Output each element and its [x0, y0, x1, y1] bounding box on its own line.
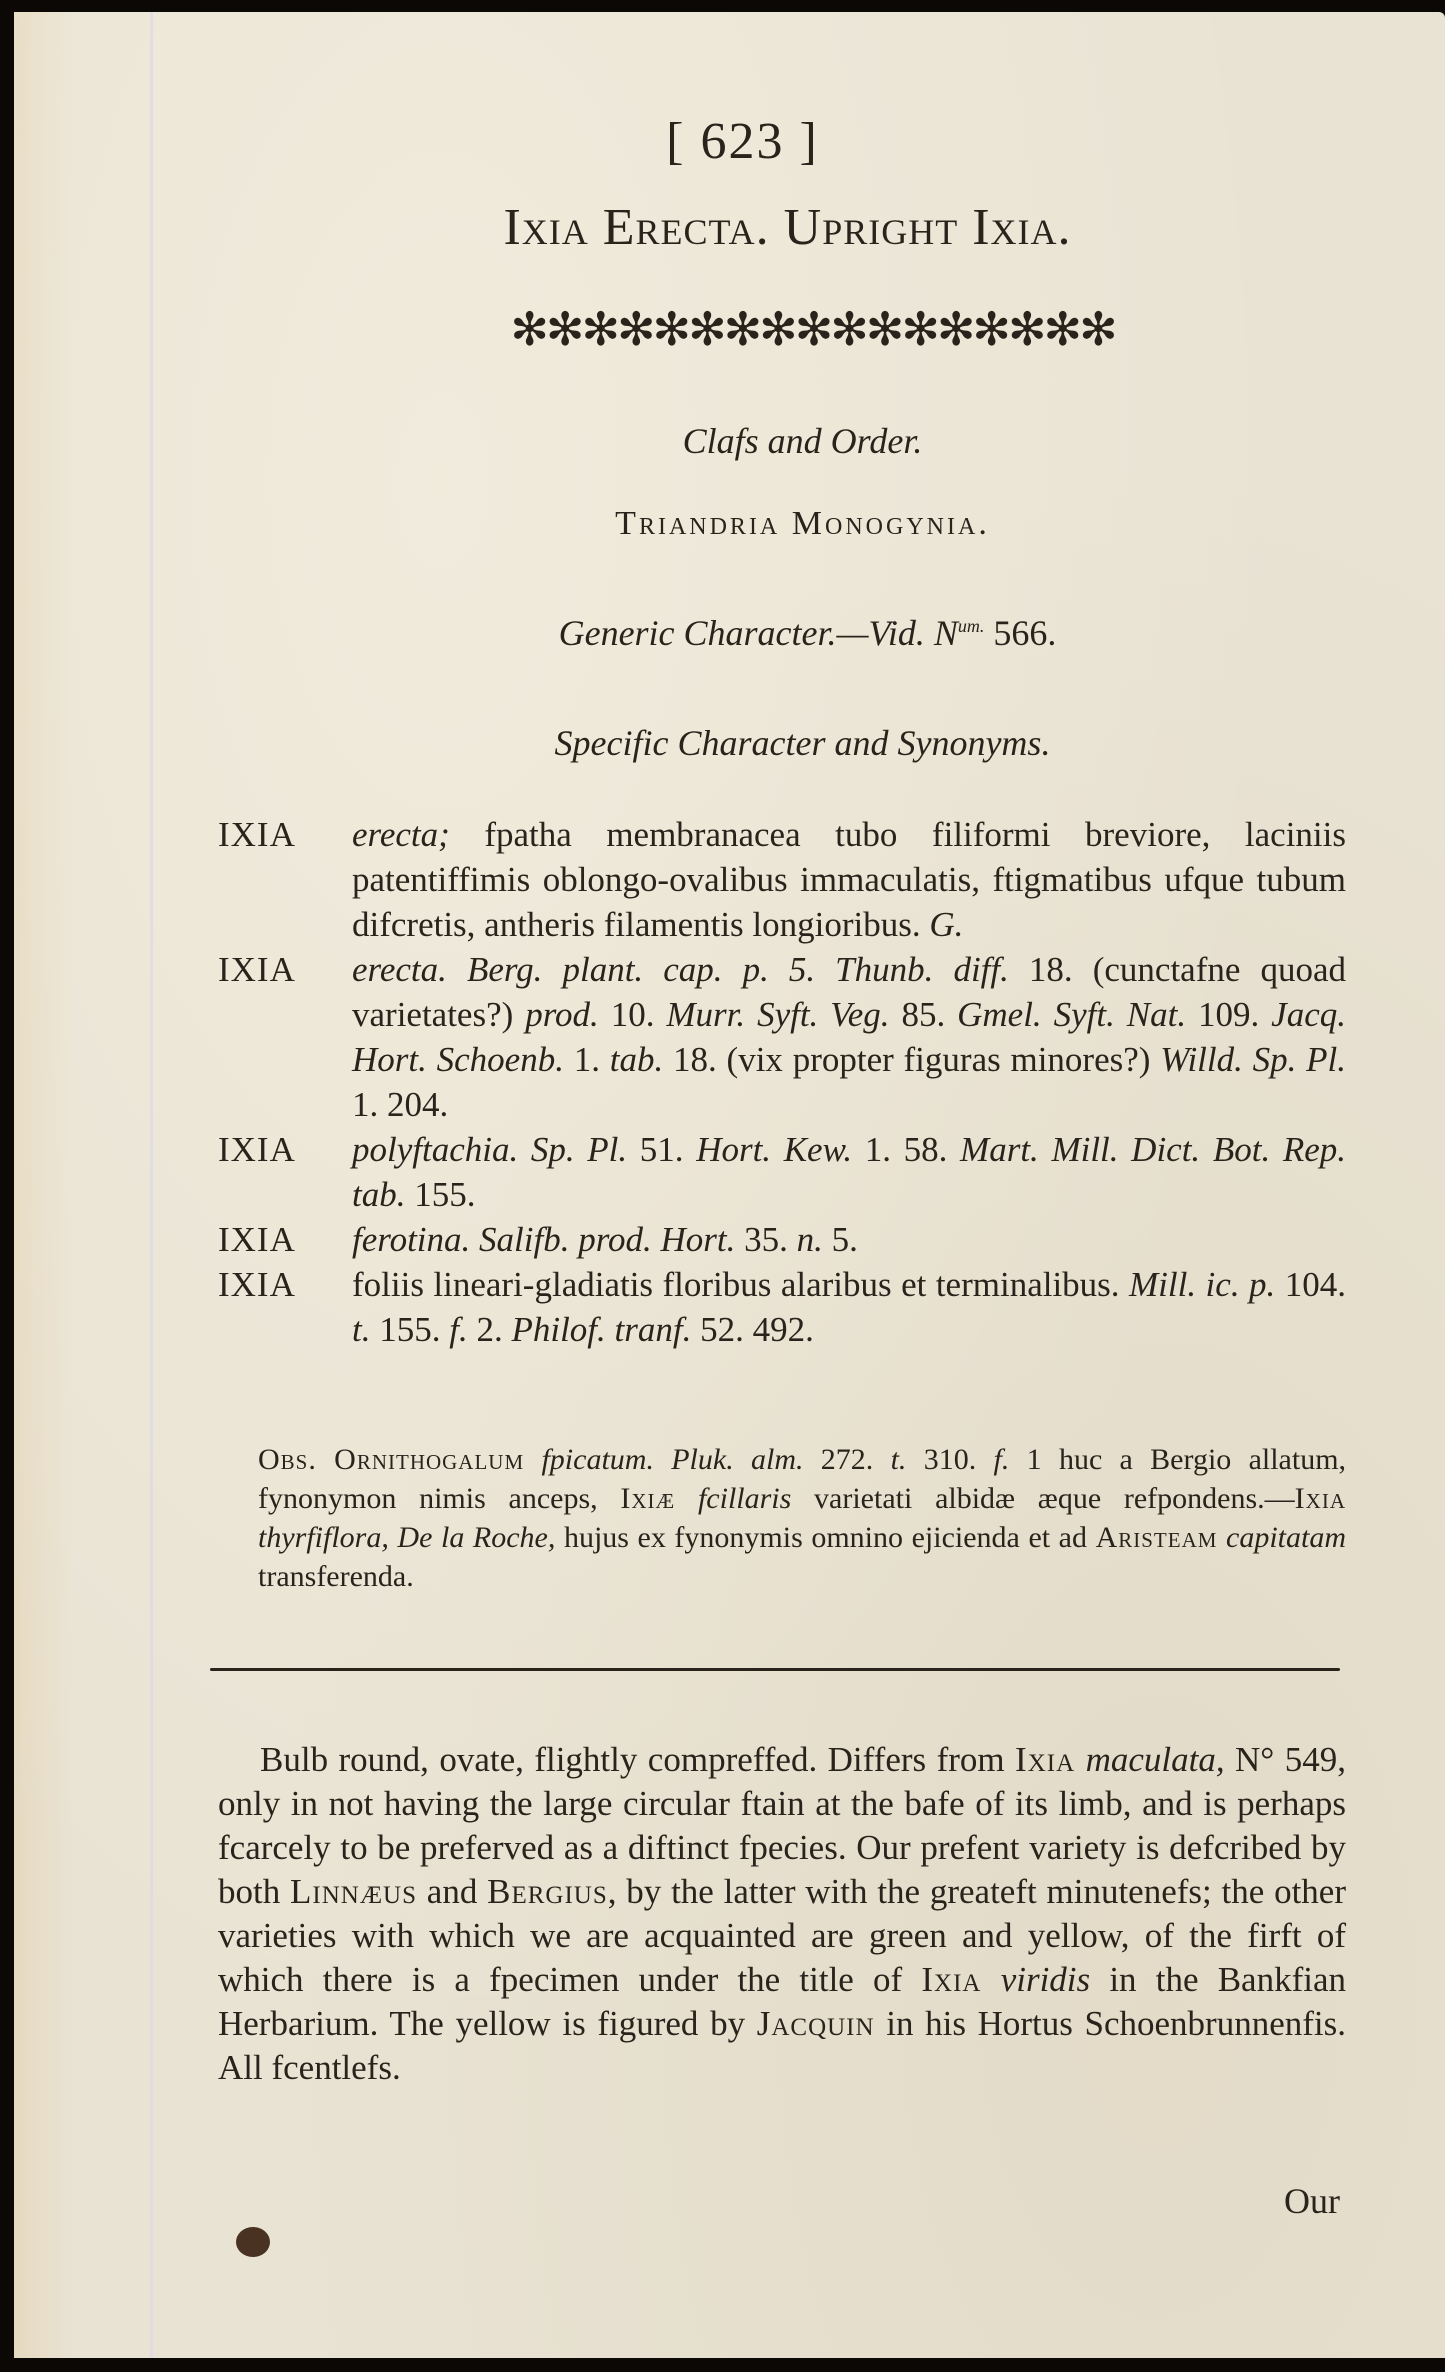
italic-text: capitatam [1226, 1521, 1346, 1554]
synonym-entry: IXIA polyftachia. Sp. Pl. 51. Hort. Kew.… [218, 1127, 1346, 1217]
ornament-divider: ✻✻✻✻✻✻✻✻✻✻✻✻✻✻✻✻✻ [300, 302, 1245, 356]
synonym-entry: IXIA ferotina. Salifb. prod. Hort. 35. n… [218, 1217, 1346, 1262]
italic-text: t. [352, 1310, 370, 1349]
synonym-text: polyftachia. Sp. Pl. 51. Hort. Kew. 1. 5… [352, 1127, 1346, 1217]
italic-text: f. [449, 1310, 467, 1349]
obs-label: Obs. [258, 1443, 317, 1476]
class-heading: Clafs and Order. [300, 420, 1245, 462]
author-name: Bergius [487, 1872, 608, 1911]
plain-text: 18. (vix propter figuras minores?) [663, 1040, 1160, 1079]
observation-note: Obs. Ornithogalum fpicatum. Pluk. alm. 2… [258, 1440, 1346, 1596]
plain-text: 272. [804, 1443, 891, 1476]
italic-text: Mill. ic. p. [1129, 1265, 1275, 1304]
generic-number: 566. [984, 613, 1056, 653]
catchword: Our [1284, 2180, 1340, 2222]
synonym-entry: IXIA erecta. Berg. plant. cap. p. 5. Thu… [218, 947, 1346, 1127]
synonym-genus: IXIA [218, 947, 352, 1127]
plain-text: fpatha membranacea tubo filiformi brevio… [352, 815, 1346, 944]
italic-text: Murr. Syft. Veg. [666, 995, 889, 1034]
italic-text: Gmel. Syft. Nat. [957, 995, 1186, 1034]
genus-name: Ixia [921, 1960, 981, 1999]
italic-text: ferotina. Salifb. prod. Hort. [352, 1220, 735, 1259]
plain-text: Bulb round, ovate, flightly compreffed. … [260, 1740, 1015, 1779]
synonym-text: erecta; fpatha membranacea tubo filiform… [352, 812, 1346, 947]
italic-text: G. [929, 905, 963, 944]
plain-text: 35. [735, 1220, 796, 1259]
plain-text: 2. [468, 1310, 512, 1349]
synonym-text: foliis lineari-gladiatis floribus alarib… [352, 1262, 1346, 1352]
synonym-entry: IXIA foliis lineari-gladiatis floribus a… [218, 1262, 1346, 1352]
plain-text: and [417, 1872, 487, 1911]
description-paragraph: Bulb round, ovate, flightly compreffed. … [218, 1738, 1346, 2090]
genus-name: Ixia [1295, 1482, 1346, 1515]
italic-text: erecta; [352, 815, 450, 854]
genus-name: Aristeam [1096, 1521, 1218, 1554]
plain-text: transferenda. [258, 1560, 414, 1593]
italic-text: Philof. tranf. [511, 1310, 691, 1349]
plain-text: 155. [370, 1310, 449, 1349]
italic-text: n. [797, 1220, 823, 1259]
plain-text: 109. [1186, 995, 1271, 1034]
plain-text: 104. [1275, 1265, 1346, 1304]
genus-name: Ixia [1015, 1740, 1075, 1779]
generic-label: Generic Character.—Vid. N [559, 613, 958, 653]
italic-text: f. [994, 1443, 1010, 1476]
italic-text: viridis [1001, 1960, 1090, 1999]
author-name: Jacquin [757, 2004, 875, 2043]
italic-text: fcillaris [698, 1482, 791, 1515]
specific-heading: Specific Character and Synonyms. [300, 722, 1245, 764]
plain-text: 1. 204. [352, 1085, 448, 1124]
synonym-genus: IXIA [218, 1217, 352, 1262]
plain-text: 52. 492. [691, 1310, 814, 1349]
italic-text: thyrfiflora, De la Roche, [258, 1521, 555, 1554]
italic-text: t. [891, 1443, 907, 1476]
plain-text: 1. 58. [852, 1130, 960, 1169]
page-title: Ixia Erecta. Upright Ixia. [280, 198, 1295, 257]
italic-text: prod. [525, 995, 599, 1034]
synonym-genus: IXIA [218, 812, 352, 947]
genus-name: Ixiæ [620, 1482, 675, 1515]
generic-character: Generic Character.—Vid. Num. 566. [300, 612, 1295, 654]
section-rule [210, 1668, 1340, 1671]
italic-text: polyftachia. Sp. Pl. [352, 1130, 627, 1169]
plain-text: 310. [906, 1443, 993, 1476]
ink-stain [236, 2227, 270, 2257]
italic-text: Hort. Kew. [696, 1130, 852, 1169]
plain-text: 85. [890, 995, 958, 1034]
class-name: Triandria Monogynia. [300, 505, 1245, 543]
page-number: [ 623 ] [300, 112, 1145, 171]
plain-text: foliis lineari-gladiatis floribus alarib… [352, 1265, 1129, 1304]
author-name: Linnæus [290, 1872, 417, 1911]
italic-text: fpicatum. Pluk. alm. [541, 1443, 803, 1476]
synonym-text: ferotina. Salifb. prod. Hort. 35. n. 5. [352, 1217, 1346, 1262]
synonym-entry: IXIA erecta; fpatha membranacea tubo fil… [218, 812, 1346, 947]
page-crease [150, 12, 153, 2358]
italic-text: maculata, [1086, 1740, 1225, 1779]
synonym-genus: IXIA [218, 1127, 352, 1217]
plain-text: 1. [564, 1040, 610, 1079]
italic-text: Willd. Sp. Pl. [1160, 1040, 1346, 1079]
synonym-text: erecta. Berg. plant. cap. p. 5. Thunb. d… [352, 947, 1346, 1127]
italic-text: tab. [610, 1040, 663, 1079]
plain-text: hujus ex fynonymis omnino ejicienda et a… [555, 1521, 1095, 1554]
synonym-list: IXIA erecta; fpatha membranacea tubo fil… [218, 812, 1346, 1352]
plain-text: varietati albidæ æque refpondens.— [791, 1482, 1294, 1515]
genus-name: Ornithogalum [334, 1443, 524, 1476]
plain-text: 51. [627, 1130, 696, 1169]
synonym-genus: IXIA [218, 1262, 352, 1352]
italic-text: erecta. Berg. plant. cap. p. 5. Thunb. d… [352, 950, 1009, 989]
plain-text: 155. [405, 1175, 475, 1214]
generic-sup: um. [958, 616, 985, 636]
plain-text: 10. [599, 995, 667, 1034]
plain-text: 5. [823, 1220, 858, 1259]
